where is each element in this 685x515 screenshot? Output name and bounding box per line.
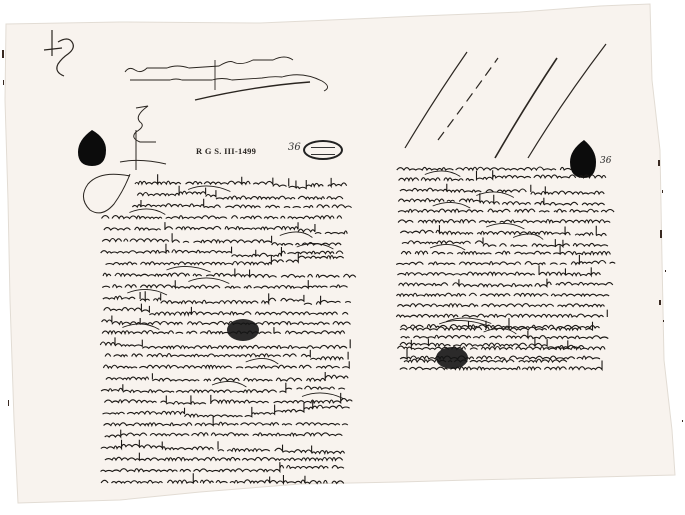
folio-mark: 36 [600,156,611,166]
archive-reference: R G S. III-1499 [196,146,256,156]
ink-blot [227,319,259,341]
reference-mark: 36 [288,142,301,153]
paper-sheet [5,4,675,503]
archive-stamp-icon [303,140,343,160]
ink-blot [436,347,468,369]
manuscript-scan [0,0,685,515]
